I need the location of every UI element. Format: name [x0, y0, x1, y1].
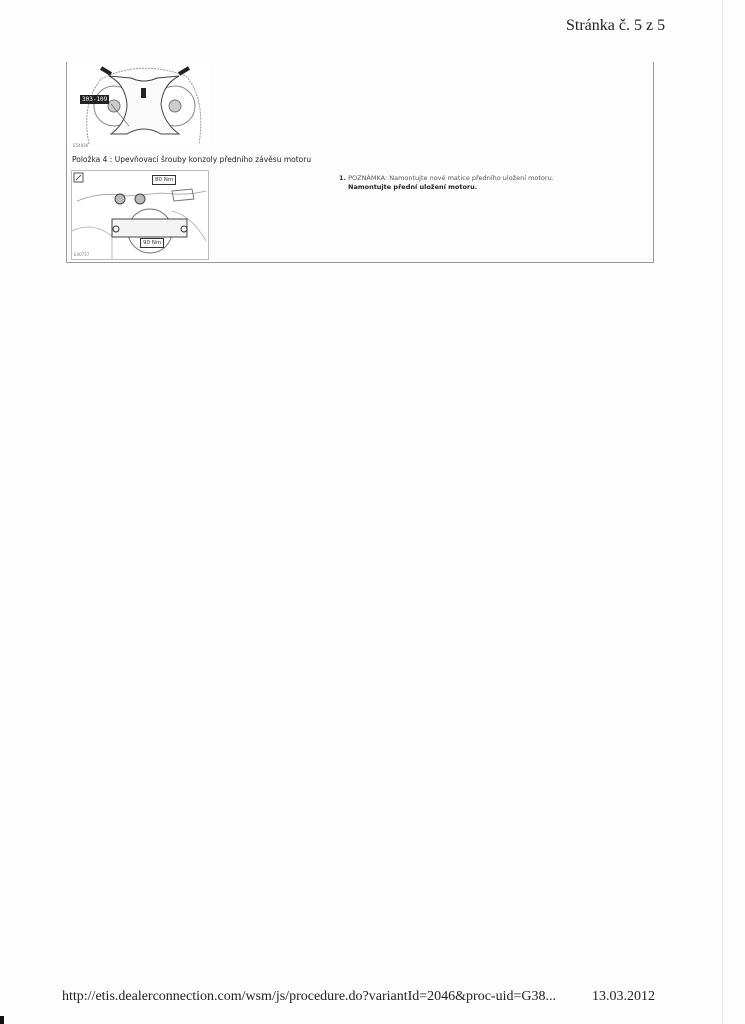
- footer-date: 13.03.2012: [592, 989, 655, 1005]
- page-number: Stránka č. 5 z 5: [566, 17, 665, 35]
- torque-label-lower: 90 Nm: [140, 238, 164, 248]
- step-note: POZNÁMKA: Namontujte nové matice předníh…: [348, 174, 554, 182]
- scan-mark: [0, 1016, 4, 1024]
- figure-id: E54936: [73, 143, 88, 148]
- step-number: 1.: [339, 174, 346, 182]
- tool-number-label: 303-109: [80, 95, 109, 104]
- scan-edge: [722, 0, 723, 1024]
- item-caption: Položka 4 : Upevňovací šrouby konzoly př…: [72, 155, 311, 164]
- procedure-step: 1. POZNÁMKA: Namontujte nové matice před…: [339, 174, 554, 192]
- figure-id: E40737: [74, 252, 89, 257]
- footer-url: http://etis.dealerconnection.com/wsm/js/…: [62, 989, 556, 1005]
- figure-camshaft-tool: 303-109 E54936: [71, 64, 209, 150]
- figure-engine-mount: 80 Nm 90 Nm E40737: [71, 170, 209, 260]
- camshaft-tool-illustration: [71, 64, 209, 150]
- procedure-content: 303-109 E54936 Položka 4 : Upevňovací šr…: [66, 62, 654, 263]
- torque-label-upper: 80 Nm: [152, 175, 176, 185]
- step-instruction: Namontujte přední uložení motoru.: [339, 183, 554, 192]
